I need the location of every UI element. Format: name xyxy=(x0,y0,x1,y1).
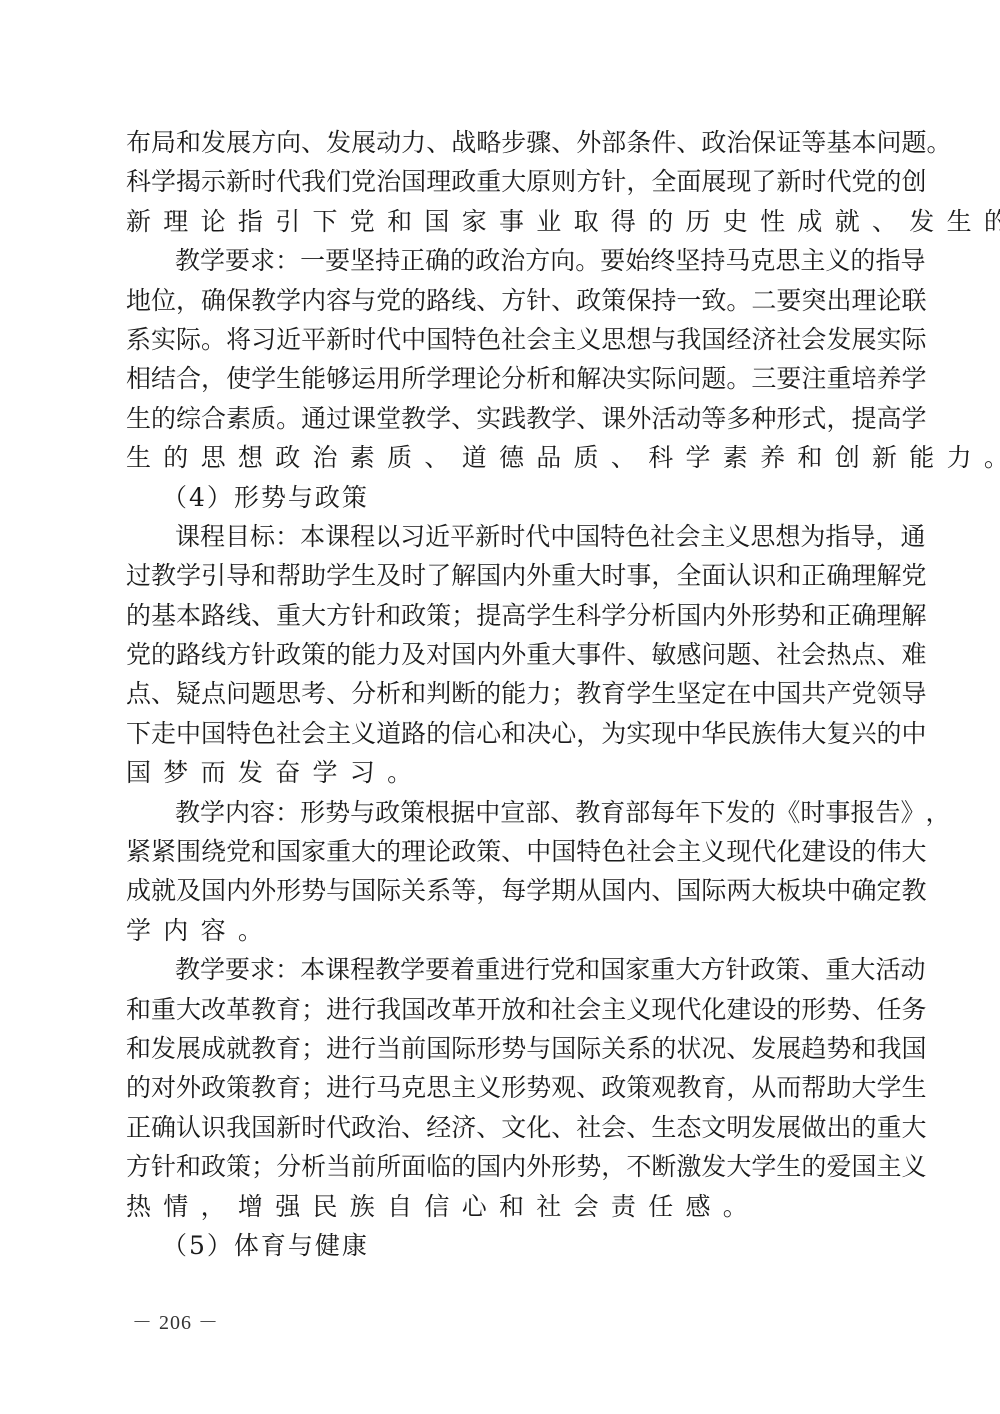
paragraph-line: 科学揭示新时代我们党治国理政重大原则方针，全面展现了新时代党的创 xyxy=(126,162,876,201)
paragraph-line: 生的思想政治素质、道德品质、科学素养和创新能力。 xyxy=(126,438,876,477)
paragraph-line: 成就及国内外形势与国际关系等，每学期从国内、国际两大板块中确定教 xyxy=(126,871,876,910)
page-number: － 206 － xyxy=(132,1306,219,1335)
paragraph-line: 下走中国特色社会主义道路的信心和决心，为实现中华民族伟大复兴的中 xyxy=(126,714,876,753)
paragraph-line: 党的路线方针政策的能力及对国内外重大事件、敏感问题、社会热点、难 xyxy=(126,635,876,674)
paragraph-line: 相结合，使学生能够运用所学理论分析和解决实际问题。三要注重培养学 xyxy=(126,359,876,398)
paragraph-first-line: 课程目标：本课程以习近平新时代中国特色社会主义思想为指导，通 xyxy=(126,517,876,556)
paragraph-first-line: 教学要求：本课程教学要着重进行党和国家重大方针政策、重大活动 xyxy=(126,950,876,989)
paragraph-first-line: 教学要求：一要坚持正确的政治方向。要始终坚持马克思主义的指导 xyxy=(126,241,876,280)
paragraph-line: 学内容。 xyxy=(126,911,876,950)
paragraph-line: 的基本路线、重大方针和政策；提高学生科学分析国内外形势和正确理解 xyxy=(126,596,876,635)
paragraph-line: 国梦而发奋学习。 xyxy=(126,753,876,792)
paragraph-line: 生的综合素质。通过课堂教学、实践教学、课外活动等多种形式，提高学 xyxy=(126,399,876,438)
paragraph-line: 的对外政策教育；进行马克思主义形势观、政策观教育，从而帮助大学生 xyxy=(126,1068,876,1107)
paragraph-line: 点、疑点问题思考、分析和判断的能力；教育学生坚定在中国共产党领导 xyxy=(126,674,876,713)
paragraph-line: 和重大改革教育；进行我国改革开放和社会主义现代化建设的形势、任务 xyxy=(126,990,876,1029)
section-heading: （4）形势与政策 xyxy=(126,478,876,517)
paragraph-line: 系实际。将习近平新时代中国特色社会主义思想与我国经济社会发展实际 xyxy=(126,320,876,359)
paragraph-line: 正确认识我国新时代政治、经济、文化、社会、生态文明发展做出的重大 xyxy=(126,1108,876,1147)
paragraph-line: 紧紧围绕党和国家重大的理论政策、中国特色社会主义现代化建设的伟大 xyxy=(126,832,876,871)
paragraph-line: 布局和发展方向、发展动力、战略步骤、外部条件、政治保证等基本问题。 xyxy=(126,123,876,162)
section-heading: （5）体育与健康 xyxy=(126,1226,876,1265)
paragraph-first-line: 教学内容：形势与政策根据中宣部、教育部每年下发的《时事报告》， xyxy=(126,793,876,832)
paragraph-line: 和发展成就教育；进行当前国际形势与国际关系的状况、发展趋势和我国 xyxy=(126,1029,876,1068)
paragraph-line: 新理论指引下党和国家事业取得的历史性成就、发生的历史性变革。 xyxy=(126,202,876,241)
paragraph-line: 地位，确保教学内容与党的路线、方针、政策保持一致。二要突出理论联 xyxy=(126,281,876,320)
paragraph-line: 过教学引导和帮助学生及时了解国内外重大时事，全面认识和正确理解党 xyxy=(126,556,876,595)
paragraph-line: 方针和政策；分析当前所面临的国内外形势，不断激发大学生的爱国主义 xyxy=(126,1147,876,1186)
document-page: 布局和发展方向、发展动力、战略步骤、外部条件、政治保证等基本问题。科学揭示新时代… xyxy=(126,123,876,1265)
paragraph-line: 热情，增强民族自信心和社会责任感。 xyxy=(126,1187,876,1226)
